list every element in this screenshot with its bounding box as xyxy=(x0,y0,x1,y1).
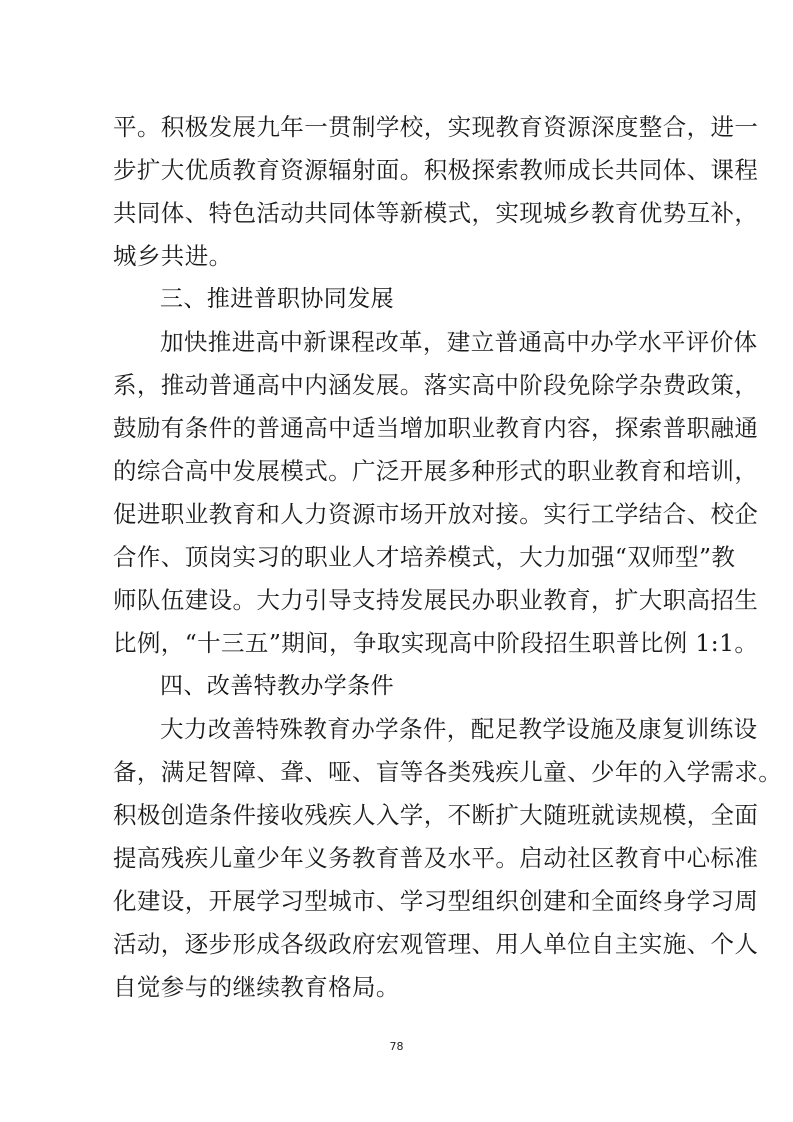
text-line: 的综合高中发展模式。广泛开展多种形式的职业教育和培训， xyxy=(113,450,683,493)
text-line: 步扩大优质教育资源辐射面。积极探索教师成长共同体、课程 xyxy=(113,149,683,192)
text-line: 平。积极发展九年一贯制学校，实现教育资源深度整合，进一 xyxy=(113,106,683,149)
text-line: 活动，逐步形成各级政府宏观管理、用人单位自主实施、个人 xyxy=(113,923,683,966)
text-line: 城乡共进。 xyxy=(113,235,683,278)
text-line: 化建设，开展学习型城市、学习型组织创建和全面终身学习周 xyxy=(113,880,683,923)
text-line: 合作、顶岗实习的职业人才培养模式，大力加强“双师型”教 xyxy=(113,536,683,579)
page-body: 平。积极发展九年一贯制学校，实现教育资源深度整合，进一 步扩大优质教育资源辐射面… xyxy=(113,106,683,1009)
text-line: 大力改善特殊教育办学条件，配足教学设施及康复训练设 xyxy=(113,708,683,751)
page-number: 78 xyxy=(0,1040,793,1053)
text-line: 积极创造条件接收残疾人入学，不断扩大随班就读规模，全面 xyxy=(113,794,683,837)
text-line: 师队伍建设。大力引导支持发展民办职业教育，扩大职高招生 xyxy=(113,579,683,622)
text-line: 系，推动普通高中内涵发展。落实高中阶段免除学杂费政策， xyxy=(113,364,683,407)
section-3-paragraph: 加快推进高中新课程改革，建立普通高中办学水平评价体 系，推动普通高中内涵发展。落… xyxy=(113,321,683,665)
text-line: 提高残疾儿童少年义务教育普及水平。启动社区教育中心标准 xyxy=(113,837,683,880)
text-line: 比例，“十三五”期间，争取实现高中阶段招生职普比例 1:1。 xyxy=(113,622,683,665)
text-line: 自觉参与的继续教育格局。 xyxy=(113,966,683,1009)
section-heading-4: 四、改善特教办学条件 xyxy=(113,665,683,708)
text-line: 共同体、特色活动共同体等新模式，实现城乡教育优势互补， xyxy=(113,192,683,235)
paragraph-continued: 平。积极发展九年一贯制学校，实现教育资源深度整合，进一 步扩大优质教育资源辐射面… xyxy=(113,106,683,278)
text-line: 加快推进高中新课程改革，建立普通高中办学水平评价体 xyxy=(113,321,683,364)
section-4-paragraph: 大力改善特殊教育办学条件，配足教学设施及康复训练设 备，满足智障、聋、哑、盲等各… xyxy=(113,708,683,1009)
text-line: 备，满足智障、聋、哑、盲等各类残疾儿童、少年的入学需求。 xyxy=(113,751,683,794)
text-line: 鼓励有条件的普通高中适当增加职业教育内容，探索普职融通 xyxy=(113,407,683,450)
section-heading-3: 三、推进普职协同发展 xyxy=(113,278,683,321)
text-line: 促进职业教育和人力资源市场开放对接。实行工学结合、校企 xyxy=(113,493,683,536)
document-page: 平。积极发展九年一贯制学校，实现教育资源深度整合，进一 步扩大优质教育资源辐射面… xyxy=(0,0,793,1122)
